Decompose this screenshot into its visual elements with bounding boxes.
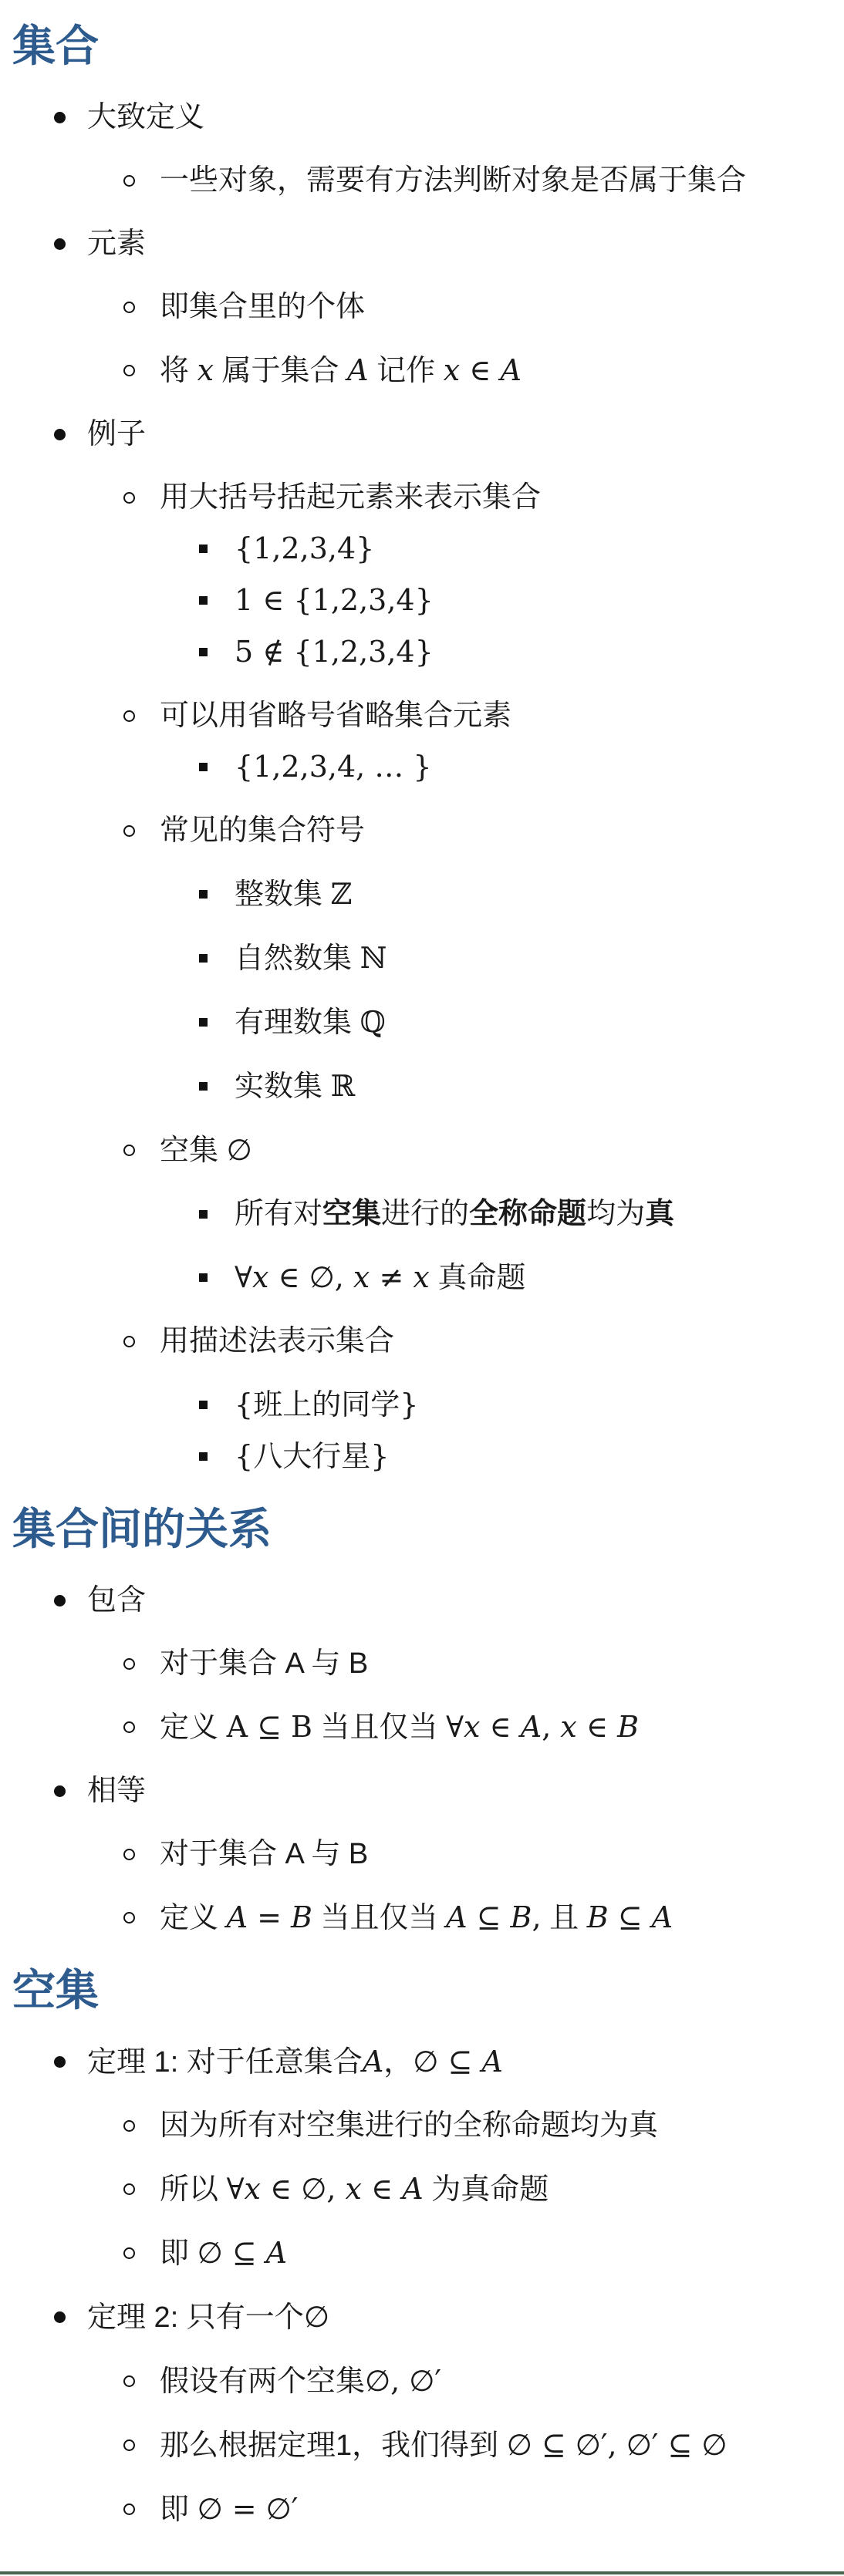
math-text: = (248, 1900, 291, 1934)
bullet-circle-icon (123, 1721, 135, 1733)
section-empty-set: 空集 定理 1: 对于任意集合A，∅ ⊆ A因为所有对空集进行的全称命题均为真所… (0, 1964, 844, 2528)
math-text: ℝ (331, 1069, 356, 1103)
bullet-square-icon (199, 890, 208, 899)
text: 真 (645, 1198, 674, 1230)
bullet-circle-icon (123, 1912, 135, 1924)
text: 有理数集 (235, 1006, 360, 1039)
math-text: , (542, 1710, 560, 1744)
math-text: B (617, 1710, 639, 1744)
math-text: ∅ = ∅′ (197, 2492, 299, 2526)
text: 定义 (160, 1711, 227, 1744)
math-text: ⊆ (609, 1900, 652, 1934)
bullet-square-icon (199, 648, 208, 656)
math-text: } (370, 1439, 389, 1473)
list-item: 所有对空集进行的全称命题均为真 (0, 1195, 844, 1232)
math-text: A (500, 353, 521, 387)
math-text: x (252, 1260, 268, 1294)
bullet-disc-icon (54, 2311, 66, 2323)
math-text: A (347, 353, 368, 387)
math-text: ∈ (480, 1710, 520, 1744)
text: 班上的同学 (253, 1389, 400, 1421)
text: 整数集 (235, 878, 331, 911)
bullet-square-icon (199, 1401, 208, 1409)
math-text: ∀ (235, 1260, 252, 1294)
text: 大致定义 (87, 101, 204, 133)
list-item: {班上的同学} (0, 1386, 844, 1424)
text: 当且仅当 (312, 1902, 446, 1934)
text: 均为 (586, 1198, 645, 1230)
list-item: 实数集 ℝ (0, 1067, 844, 1105)
text: 记作 (369, 355, 444, 387)
math-text: ∀ (446, 1710, 464, 1744)
math-text: A (446, 1900, 467, 1934)
bullet-disc-icon (54, 2056, 66, 2068)
list-item: 5 ∉ {1,2,3,4} (0, 633, 844, 671)
bullet-list: 大致定义一些对象，需要有方法判断对象是否属于集合元素即集合里的个体将 x 属于集… (0, 99, 844, 1475)
math-text: x (464, 1710, 480, 1744)
bullet-list: 定理 1: 对于任意集合A，∅ ⊆ A因为所有对空集进行的全称命题均为真所以 ∀… (0, 2043, 844, 2528)
bullet-square-icon (199, 1082, 208, 1091)
list-item: 假设有两个空集∅, ∅′ (0, 2362, 844, 2400)
math-text: } (400, 1387, 418, 1421)
math-text: ∈ ∅, (261, 2172, 346, 2206)
bullet-square-icon (199, 1452, 208, 1461)
text: 例子 (87, 418, 146, 450)
math-text: 1 ∈ {1,2,3,4} (235, 583, 434, 617)
list-item: 定义 A ⊆ B 当且仅当 ∀x ∈ A, x ∈ B (0, 1708, 844, 1746)
list-item: 定义 A = B 当且仅当 A ⊆ B, 且 B ⊆ A (0, 1899, 844, 1937)
text: 因为所有对空集进行的全称命题均为真 (160, 2109, 658, 2142)
text: 将 (160, 355, 197, 387)
bullet-circle-icon (123, 1145, 135, 1156)
bullet-circle-icon (123, 1658, 135, 1670)
math-text: ∀ (227, 2172, 245, 2206)
list-item: 一些对象，需要有方法判断对象是否属于集合 (0, 162, 844, 199)
text: 实数集 (235, 1071, 331, 1103)
text: 即 (160, 2493, 197, 2526)
list-item: 有理数集 ℚ (0, 1003, 844, 1041)
text: 所以 (160, 2173, 227, 2206)
math-text: ∅, ∅′ (365, 2364, 441, 2398)
bullet-circle-icon (123, 1849, 135, 1860)
math-text: x (413, 1260, 429, 1294)
math-text: ∅ (304, 2300, 329, 2334)
list-item: 将 x 属于集合 A 记作 x ∈ A (0, 352, 844, 389)
bullet-list: 包含对于集合 A 与 B定义 A ⊆ B 当且仅当 ∀x ∈ A, x ∈ B相… (0, 1582, 844, 1937)
bullet-circle-icon (123, 365, 135, 376)
math-text: 5 ∉ {1,2,3,4} (235, 635, 434, 669)
text: 对于集合 A 与 B (160, 1647, 368, 1680)
list-item: 对于集合 A 与 B (0, 1645, 844, 1682)
math-text: x (245, 2172, 261, 2206)
math-text: ℚ (360, 1005, 386, 1039)
text: 元素 (87, 228, 146, 260)
math-text: ⊆ (468, 1900, 511, 1934)
math-text: x (345, 2172, 361, 2206)
text: 一些对象，需要有方法判断对象是否属于集合 (160, 164, 746, 197)
bullet-circle-icon (123, 2183, 135, 2195)
math-text: { (235, 1387, 253, 1421)
text: 进行的 (381, 1198, 469, 1230)
bullet-circle-icon (123, 1336, 135, 1347)
math-text: ∈ ∅, (268, 1260, 353, 1294)
section-heading: 集合间的关系 (12, 1503, 844, 1556)
bullet-circle-icon (123, 710, 135, 722)
math-text: A (402, 2172, 423, 2206)
list-item: 空集 ∅ (0, 1131, 844, 1169)
text: 空集 (160, 1135, 227, 1167)
math-text: A (266, 2236, 287, 2270)
math-text: ∈ (577, 1710, 617, 1744)
list-item: {1,2,3,4} (0, 530, 844, 568)
math-text: A (652, 1900, 673, 1934)
math-text: x (353, 1260, 370, 1294)
list-item: 定理 1: 对于任意集合A，∅ ⊆ A (0, 2043, 844, 2081)
list-item: 元素 (0, 225, 844, 262)
bullet-disc-icon (54, 429, 66, 440)
text: 全称命题 (469, 1198, 586, 1230)
math-text: ℕ (360, 941, 387, 975)
bullet-circle-icon (123, 825, 135, 837)
math-text: ∅ ⊆ ∅′, ∅′ ⊆ ∅ (507, 2428, 728, 2462)
bullet-circle-icon (123, 2504, 135, 2515)
text: 用大括号括起元素来表示集合 (160, 481, 541, 514)
text: 对于集合 A 与 B (160, 1838, 368, 1870)
math-text: { (235, 1439, 253, 1473)
math-text: A (363, 2045, 383, 2079)
math-text: B (587, 1900, 609, 1934)
text: 定理 2: 只有一个 (87, 2301, 304, 2334)
list-item: 定理 2: 只有一个∅ (0, 2298, 844, 2336)
section-heading: 集合 (12, 20, 844, 72)
bullet-circle-icon (123, 302, 135, 313)
section-sets: 集合 大致定义一些对象，需要有方法判断对象是否属于集合元素即集合里的个体将 x … (0, 20, 844, 1475)
bullet-circle-icon (123, 2439, 135, 2451)
list-item: 用大括号括起元素来表示集合 (0, 479, 844, 516)
bullet-circle-icon (123, 492, 135, 504)
math-text: ∅ ⊆ (197, 2236, 266, 2270)
list-item: 例子 (0, 416, 844, 453)
math-text: ℤ (331, 877, 353, 911)
list-item: ∀x ∈ ∅, x ≠ x 真命题 (0, 1259, 844, 1296)
text: ， (383, 2046, 413, 2079)
text: 当且仅当 (312, 1711, 446, 1744)
bullet-circle-icon (123, 175, 135, 187)
bullet-square-icon (199, 596, 208, 605)
math-text: ≠ (370, 1260, 413, 1294)
math-text: , (532, 1900, 541, 1934)
math-text: {1,2,3,4} (235, 531, 374, 565)
list-item: {1,2,3,4, … } (0, 748, 844, 786)
math-text: ∅ (227, 1133, 252, 1167)
math-text: x (444, 353, 460, 387)
section-heading: 空集 (12, 1964, 844, 2017)
list-item: 相等 (0, 1772, 844, 1809)
list-item: 因为所有对空集进行的全称命题均为真 (0, 2107, 844, 2144)
text: 相等 (87, 1775, 146, 1807)
notes-page: 集合 大致定义一些对象，需要有方法判断对象是否属于集合元素即集合里的个体将 x … (0, 20, 844, 2528)
bullet-square-icon (199, 1018, 208, 1027)
text: 定义 (160, 1902, 227, 1934)
text: 且 (542, 1902, 587, 1934)
bullet-disc-icon (54, 1595, 66, 1607)
text: 用描述法表示集合 (160, 1325, 394, 1357)
list-item: 可以用省略号省略集合元素 (0, 697, 844, 734)
list-item: {八大行星} (0, 1438, 844, 1475)
text: 即集合里的个体 (160, 291, 365, 323)
bullet-square-icon (199, 1273, 208, 1282)
bullet-square-icon (199, 545, 208, 553)
list-item: 1 ∈ {1,2,3,4} (0, 582, 844, 619)
list-item: 所以 ∀x ∈ ∅, x ∈ A 为真命题 (0, 2170, 844, 2208)
math-text: ∈ (362, 2172, 402, 2206)
bullet-disc-icon (54, 112, 66, 123)
list-item: 用描述法表示集合 (0, 1323, 844, 1360)
text: 假设有两个空集 (160, 2365, 365, 2398)
list-item: 大致定义 (0, 99, 844, 136)
bullet-square-icon (199, 1210, 208, 1219)
bullet-circle-icon (123, 2375, 135, 2387)
bullet-disc-icon (54, 238, 66, 250)
math-text: A (521, 1710, 542, 1744)
math-text: ∅ ⊆ (413, 2045, 481, 2079)
list-item: 那么根据定理1，我们得到 ∅ ⊆ ∅′, ∅′ ⊆ ∅ (0, 2426, 844, 2464)
text: 为真命题 (424, 2173, 549, 2206)
math-text: B (511, 1900, 532, 1934)
list-item: 自然数集 ℕ (0, 939, 844, 977)
math-text: A ⊆ B (227, 1710, 312, 1744)
text: 自然数集 (235, 942, 360, 975)
math-text: A (227, 1900, 248, 1934)
list-item: 即 ∅ = ∅′ (0, 2490, 844, 2528)
list-item: 常见的集合符号 (0, 812, 844, 849)
text: 所有对 (235, 1198, 322, 1230)
section-relations: 集合间的关系 包含对于集合 A 与 B定义 A ⊆ B 当且仅当 ∀x ∈ A,… (0, 1503, 844, 1937)
math-text: A (481, 2045, 502, 2079)
text: 包含 (87, 1584, 146, 1617)
math-text: {1,2,3,4, … } (235, 750, 432, 784)
math-text: x (197, 353, 214, 387)
text: 即 (160, 2237, 197, 2270)
bullet-square-icon (199, 763, 208, 771)
list-item: 整数集 ℤ (0, 875, 844, 913)
list-item: 对于集合 A 与 B (0, 1836, 844, 1873)
list-item: 即集合里的个体 (0, 288, 844, 325)
footer-divider (0, 2571, 844, 2574)
text: 属于集合 (214, 355, 347, 387)
bullet-disc-icon (54, 1785, 66, 1797)
bullet-square-icon (199, 954, 208, 963)
math-text: B (291, 1900, 312, 1934)
bullet-circle-icon (123, 2120, 135, 2132)
text: 那么根据定理1，我们得到 (160, 2429, 507, 2462)
math-text: ∈ (460, 353, 500, 387)
list-item: 包含 (0, 1582, 844, 1619)
text: 真命题 (430, 1262, 526, 1294)
text: 可以用省略号省略集合元素 (160, 700, 511, 732)
list-item: 即 ∅ ⊆ A (0, 2234, 844, 2272)
text: 八大行星 (253, 1441, 370, 1473)
text: 常见的集合符号 (160, 814, 365, 847)
text: 定理 1: 对于任意集合 (87, 2046, 363, 2079)
text: 空集 (322, 1198, 381, 1230)
bullet-circle-icon (123, 2247, 135, 2259)
math-text: x (560, 1710, 576, 1744)
